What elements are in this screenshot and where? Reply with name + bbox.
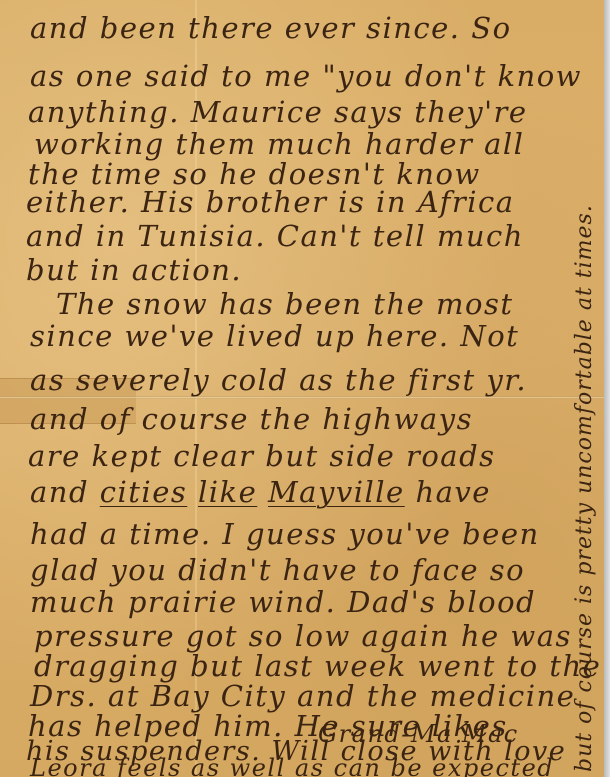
letter-line-18: pressure got so low again he was xyxy=(34,622,572,651)
word-have: have xyxy=(415,475,491,509)
letter-line-7: and in Tunisia. Can't tell much xyxy=(26,222,524,251)
letter-line-1: and been there ever since. So xyxy=(30,14,512,43)
letter-line-12: and of course the highways xyxy=(30,405,473,434)
letter-line-14: and cities like Mayville have xyxy=(30,478,491,507)
letter-line-4: working them much harder all xyxy=(34,130,524,159)
letter-line-9: The snow has been the most xyxy=(56,290,514,319)
letter-line-13: are kept clear but side roads xyxy=(28,442,496,471)
letter-line-3: anything. Maurice says they're xyxy=(28,98,528,127)
underlined-word-like: like xyxy=(198,475,257,509)
letter-line-2: as one said to me "you don't know xyxy=(30,62,582,91)
scan-edge xyxy=(604,0,610,777)
signature: Grand-Ma Mac xyxy=(318,722,519,746)
letter-page: and been there ever since. So as one sai… xyxy=(0,0,604,777)
underlined-word-mayville: Mayville xyxy=(268,475,405,509)
letter-line-11: as severely cold as the first yr. xyxy=(30,366,527,395)
letter-line-17: much prairie wind. Dad's blood xyxy=(30,588,536,617)
word-and: and xyxy=(30,475,89,509)
margin-note-vertical: but of course is pretty uncomfortable at… xyxy=(572,204,597,772)
letter-line-6: either. His brother is in Africa xyxy=(26,188,515,217)
letter-line-19: dragging but last week went to the xyxy=(34,652,601,681)
letter-line-10: since we've lived up here. Not xyxy=(30,322,519,351)
letter-line-20: Drs. at Bay City and the medicine xyxy=(30,682,575,711)
underlined-word-cities: cities xyxy=(100,475,188,509)
letter-line-15: had a time. I guess you've been xyxy=(30,520,540,549)
letter-line-postscript: Leora feels as well as can be expected xyxy=(30,756,554,777)
letter-line-16: glad you didn't have to face so xyxy=(30,556,525,585)
letter-line-8: but in action. xyxy=(26,256,242,285)
